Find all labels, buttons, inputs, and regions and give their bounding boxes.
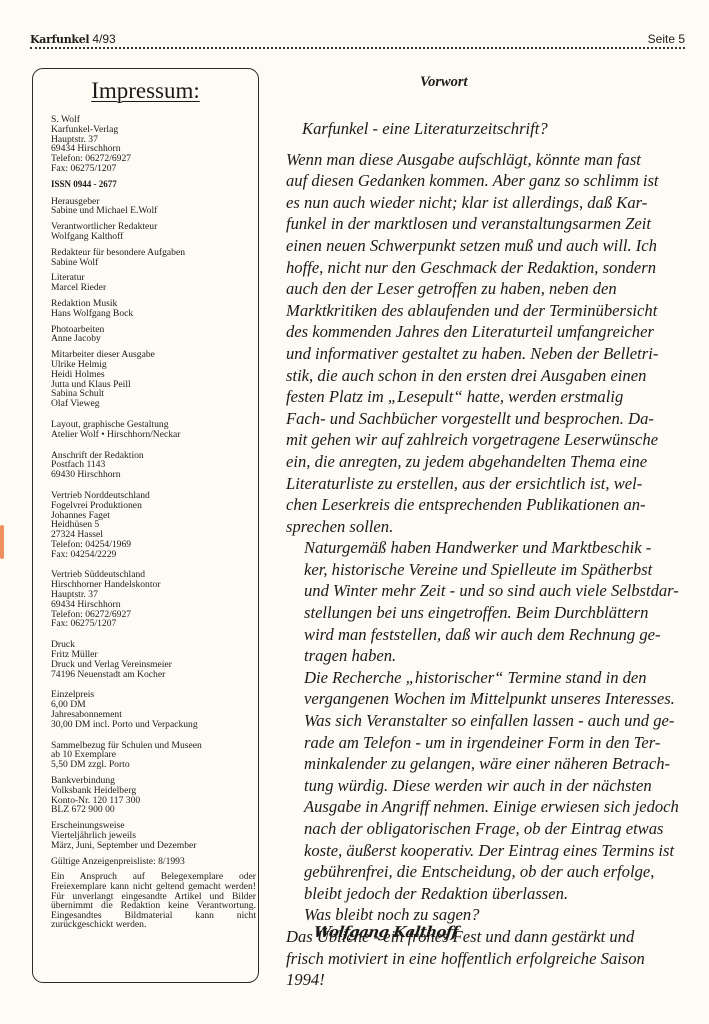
- impressum-line: Marcel Rieder: [51, 283, 256, 293]
- article-line: bleibt jedoch der Redaktion überlassen.: [286, 883, 686, 905]
- article-line: Die Recherche „historischer“ Termine sta…: [286, 667, 686, 689]
- impressum-line: Gültige Anzeigenpreisliste: 8/1993: [51, 857, 256, 867]
- article-line: nach der obligatorischen Frage, ob der E…: [286, 818, 686, 840]
- article-line: und informativer gestaltet zu haben. Neb…: [286, 343, 686, 365]
- article-line: auf diesen Gedanken kommen. Aber ganz so…: [286, 170, 686, 192]
- article-line: sprechen sollen.: [286, 516, 686, 538]
- article-subtitle: Karfunkel - eine Literaturzeitschrift?: [286, 118, 686, 140]
- article-line: Literaturliste zu erstellen, aus der ers…: [286, 473, 686, 495]
- article-line: tragen haben.: [286, 645, 686, 667]
- impressum-block: Verantwortlicher RedakteurWolfgang Kalth…: [51, 222, 256, 242]
- article-line: Was sich Veranstalter so einfallen lasse…: [286, 710, 686, 732]
- impressum-block: ErscheinungsweiseVierteljährlich jeweils…: [51, 821, 256, 850]
- dotted-rule: [30, 47, 685, 49]
- impressum-line: März, Juni, September und Dezember: [51, 841, 256, 851]
- impressum-line: ISSN 0944 - 2677: [51, 180, 256, 190]
- article-line: ker, historische Vereine und Spielleute …: [286, 559, 686, 581]
- article-line: festen Platz im „Lesepult“ hatte, werden…: [286, 386, 686, 408]
- impressum-block: S. WolfKarfunkel-VerlagHauptstr. 3769434…: [51, 115, 256, 174]
- article-line: funkel in der marktlosen und veranstaltu…: [286, 213, 686, 235]
- vorwort-title: Vorwort: [420, 74, 468, 91]
- impressum-block: Gültige Anzeigenpreisliste: 8/1993: [51, 857, 256, 867]
- issue-number: 4/93: [92, 32, 115, 46]
- page-number: Seite 5: [648, 32, 685, 46]
- article-line: rade am Telefon - um in irgendeiner Form…: [286, 732, 686, 754]
- impressum-line: BLZ 672 900 00: [51, 805, 256, 815]
- article-line: Ausgabe in Angriff nehmen. Einige erwies…: [286, 796, 686, 818]
- impressum-block: PhotoarbeitenAnne Jacoby: [51, 325, 256, 345]
- article-line: stik, die auch schon in den ersten drei …: [286, 365, 686, 387]
- article-line: stellungen bei uns eingetroffen. Beim Du…: [286, 602, 686, 624]
- impressum-line: Sabine und Michael E.Wolf: [51, 206, 256, 216]
- article-paragraph: Die Recherche „historischer“ Termine sta…: [286, 667, 686, 905]
- signature: Wolfgang Kalthoff: [313, 923, 459, 941]
- impressum-block: Einzelpreis6,00 DMJahresabonnement30,00 …: [51, 690, 256, 729]
- article-line: Wenn man diese Ausgabe aufschlägt, könnt…: [286, 149, 686, 171]
- impressum-block: Redaktion MusikHans Wolfgang Bock: [51, 299, 256, 319]
- impressum-line: Sabine Wolf: [51, 258, 256, 268]
- impressum-block: ISSN 0944 - 2677: [51, 180, 256, 190]
- article-line: Naturgemäß haben Handwerker und Marktbes…: [286, 537, 686, 559]
- impressum-line: Fax: 06275/1207: [51, 619, 256, 629]
- impressum-line: 74196 Neuenstadt am Kocher: [51, 670, 256, 680]
- impressum-block: Redakteur für besondere AufgabenSabine W…: [51, 248, 256, 268]
- article-line: minkalender zu gelangen, wäre einer nähe…: [286, 753, 686, 775]
- masthead: Karfunkel4/93: [30, 32, 116, 47]
- impressum-block: BankverbindungVolksbank HeidelbergKonto-…: [51, 776, 256, 815]
- impressum-line: 69430 Hirschhorn: [51, 470, 256, 480]
- vorwort-article: Karfunkel - eine Literaturzeitschrift? W…: [286, 118, 686, 991]
- impressum-title: Impressum:: [33, 78, 258, 104]
- impressum-line: 5,50 DM zzgl. Porto: [51, 760, 256, 770]
- article-line: und Winter mehr Zeit - und so sind auch …: [286, 580, 686, 602]
- impressum-line: Fax: 04254/2229: [51, 550, 256, 560]
- impressum-line: Olaf Vieweg: [51, 399, 256, 409]
- impressum-box: Impressum: S. WolfKarfunkel-VerlagHaupts…: [32, 68, 259, 983]
- article-line: einen neuen Schwerpunkt setzen muß und a…: [286, 235, 686, 257]
- impressum-line: 30,00 DM incl. Porto und Verpackung: [51, 720, 256, 730]
- article-line: frisch motiviert in eine hoffentlich erf…: [286, 948, 686, 970]
- article-line: koste, äußerst kooperativ. Der Eintrag e…: [286, 840, 686, 862]
- article-line: 1994!: [286, 969, 686, 991]
- article-line: des kommenden Jahres den Literaturteil u…: [286, 321, 686, 343]
- article-line: auch den der Leser getroffen zu haben, n…: [286, 278, 686, 300]
- impressum-block: Vertrieb SüddeutschlandHirschhorner Hand…: [51, 570, 256, 629]
- impressum-block: Anschrift der RedaktionPostfach 11436943…: [51, 451, 256, 480]
- impressum-block: HerausgeberSabine und Michael E.Wolf: [51, 197, 256, 217]
- article-line: wird man feststellen, daß wir auch dem R…: [286, 624, 686, 646]
- article-line: es nun auch wieder nicht; klar ist aller…: [286, 192, 686, 214]
- article-line: vergangenen Wochen im Mittelpunkt unsere…: [286, 688, 686, 710]
- impressum-line: Anne Jacoby: [51, 334, 256, 344]
- article-line: ein, die anregten, zu jedem abgehandelte…: [286, 451, 686, 473]
- impressum-line: Fax: 06275/1207: [51, 164, 256, 174]
- impressum-line: Wolfgang Kalthoff: [51, 232, 256, 242]
- article-line: hoffe, nicht nur den Geschmack der Redak…: [286, 257, 686, 279]
- article-paragraph: Naturgemäß haben Handwerker und Marktbes…: [286, 537, 686, 667]
- impressum-line: Atelier Wolf • Hirschhorn/Neckar: [51, 430, 256, 440]
- article-line: Marktkritiken des ablaufenden und der Te…: [286, 300, 686, 322]
- impressum-block: Layout, graphische GestaltungAtelier Wol…: [51, 420, 256, 440]
- impressum-line: Hans Wolfgang Bock: [51, 309, 256, 319]
- article-line: tung würdig. Diese werden wir auch in de…: [286, 775, 686, 797]
- impressum-block: LiteraturMarcel Rieder: [51, 273, 256, 293]
- impressum-block: DruckFritz MüllerDruck und Verlag Verein…: [51, 640, 256, 679]
- page-header: Karfunkel4/93 Seite 5: [30, 28, 685, 50]
- magazine-name: Karfunkel: [30, 33, 89, 46]
- article-line: gebührenfrei, die Entscheidung, ob der a…: [286, 861, 686, 883]
- impressum-block: Vertrieb NorddeutschlandFogelvrei Produk…: [51, 491, 256, 560]
- impressum-block: Sammelbezug für Schulen und Museenab 10 …: [51, 741, 256, 770]
- article-line: Fach- und Sachbücher vorgestellt und bes…: [286, 408, 686, 430]
- impressum-block: Mitarbeiter dieser AusgabeUlrike HelmigH…: [51, 350, 256, 409]
- article-paragraph: Wenn man diese Ausgabe aufschlägt, könnt…: [286, 149, 686, 538]
- article-line: chen Leserkreis die entsprechenden Publi…: [286, 494, 686, 516]
- article-line: mit gehen wir auf zahlreich vorgetragene…: [286, 429, 686, 451]
- impressum-body: S. WolfKarfunkel-VerlagHauptstr. 3769434…: [51, 115, 256, 930]
- orange-smudge: [0, 525, 4, 559]
- impressum-disclaimer: Ein Anspruch auf Belegexemplare oder Fre…: [51, 872, 256, 930]
- article-body: Wenn man diese Ausgabe aufschlägt, könnt…: [286, 149, 686, 991]
